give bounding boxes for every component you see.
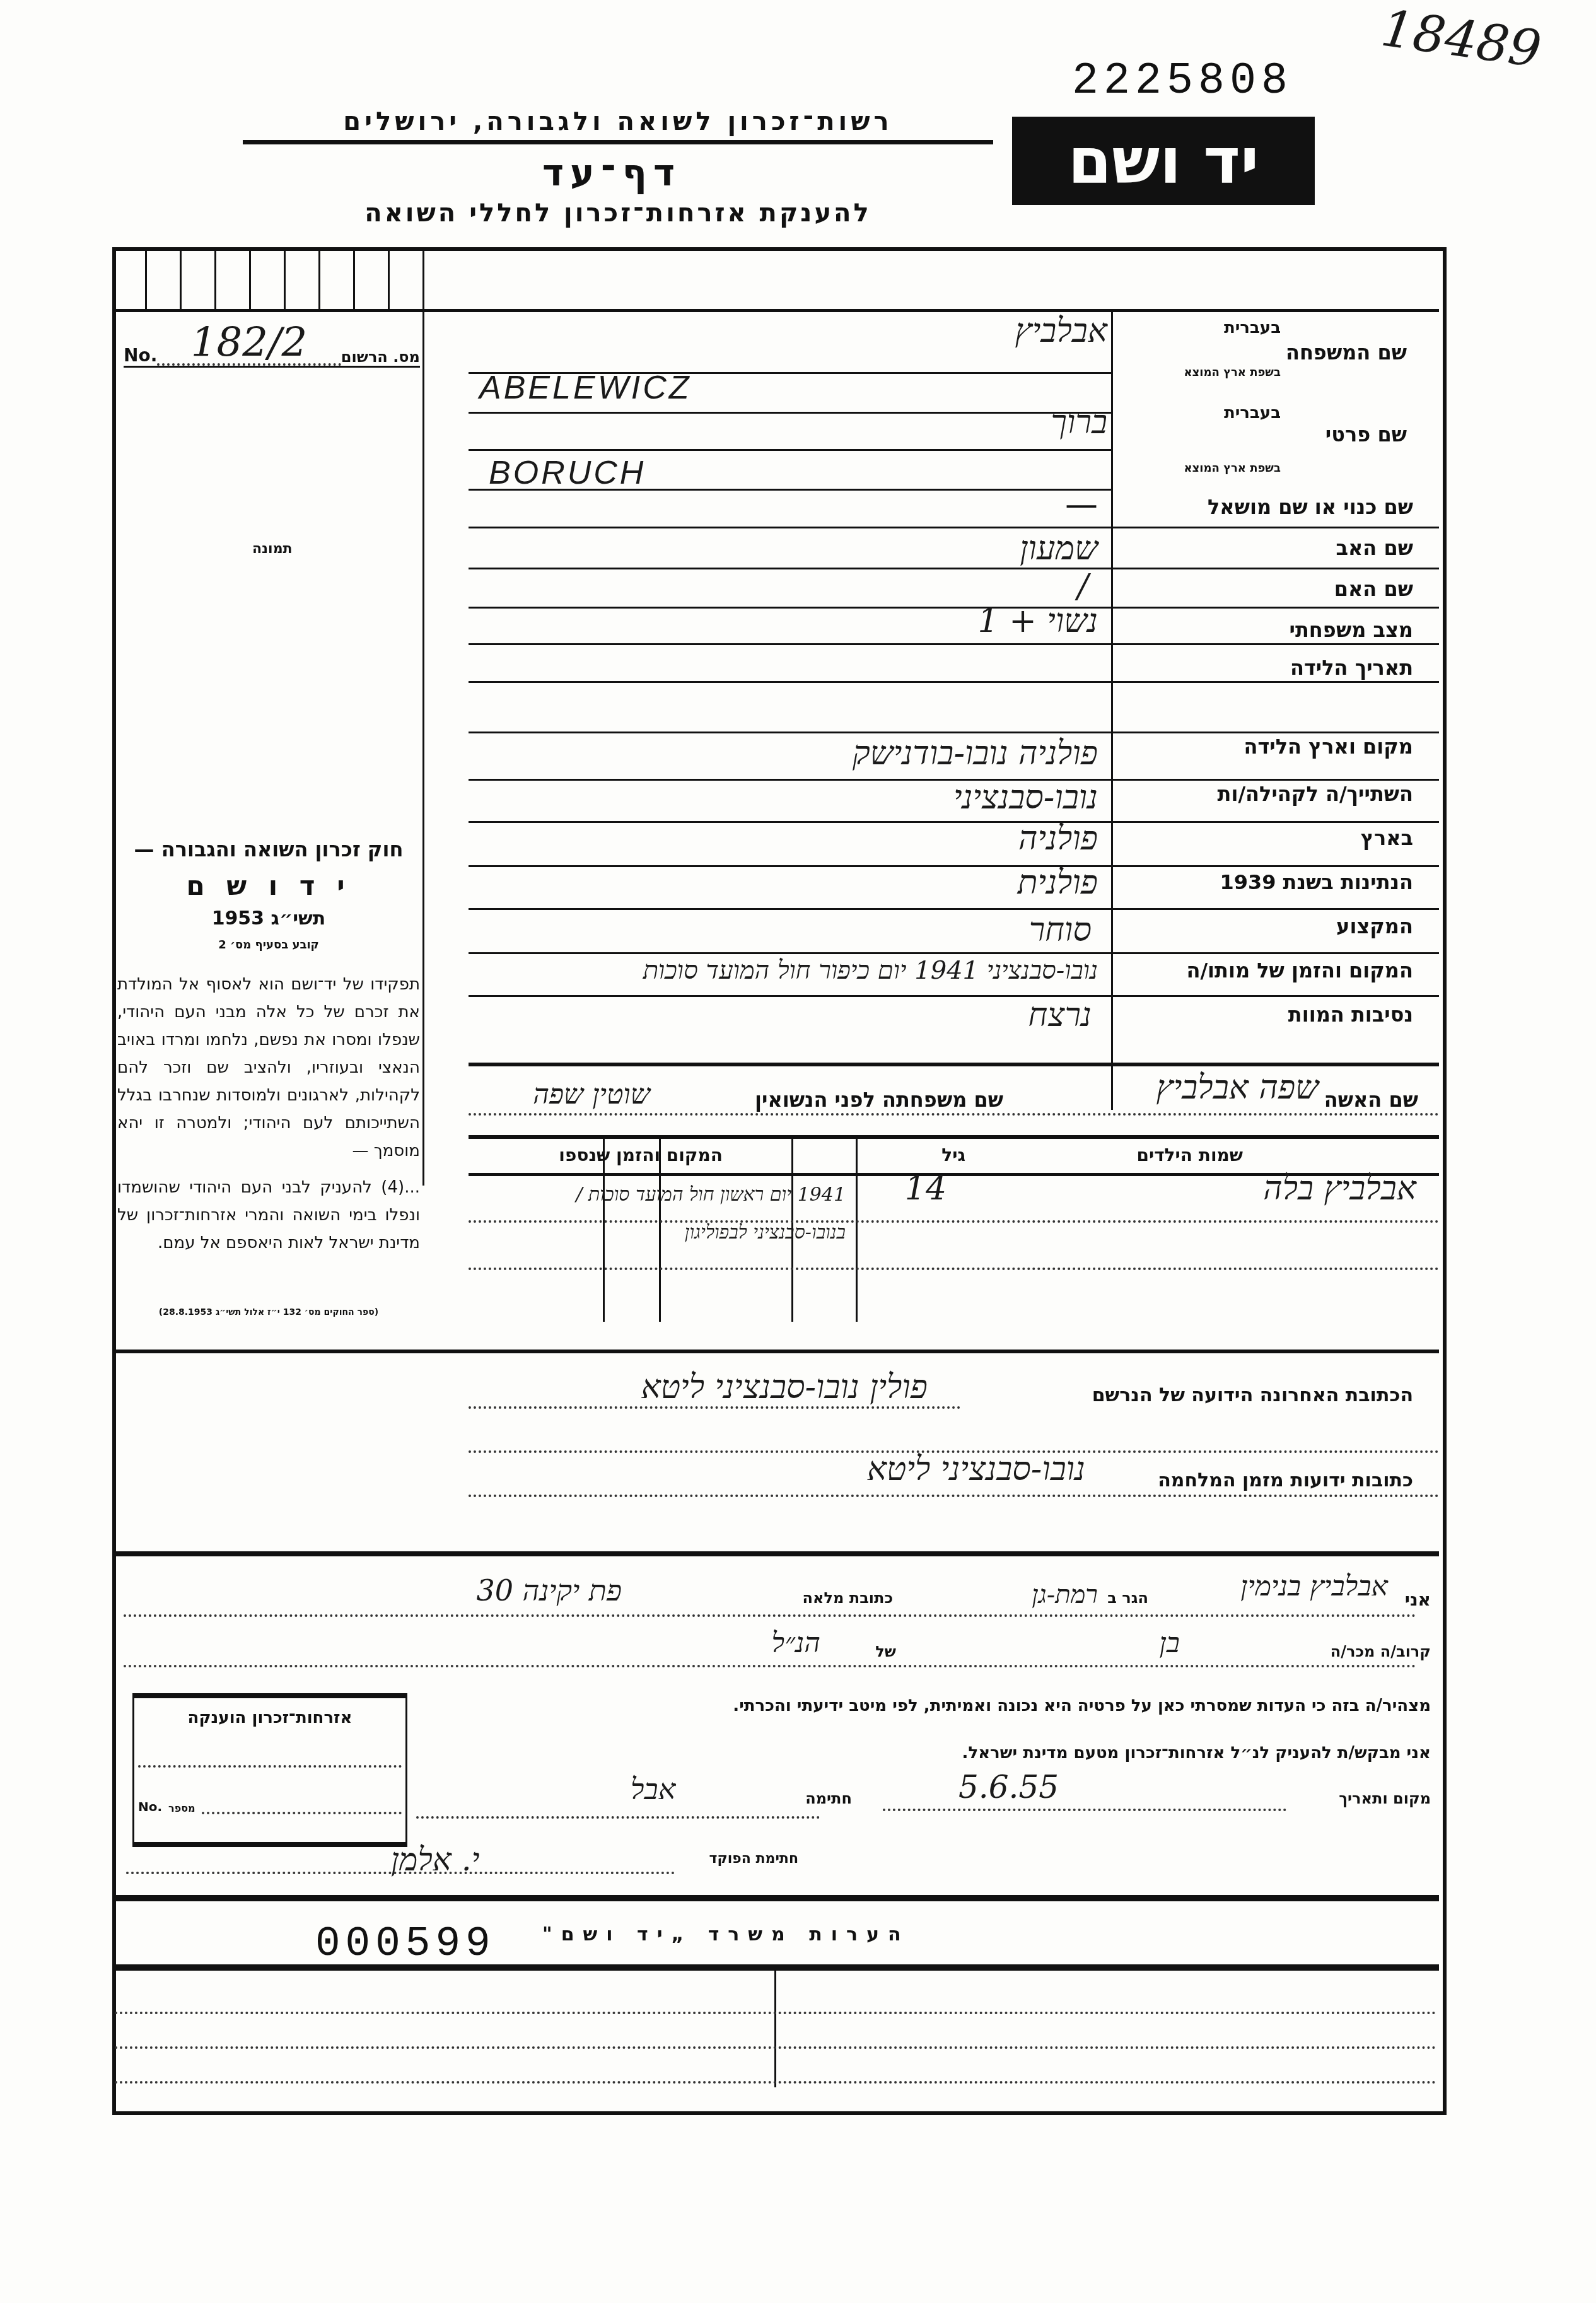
wartime-address-value[interactable]: נובו-סבנציני ליטא (867, 1450, 1085, 1488)
nickname-value[interactable]: — (1065, 486, 1098, 523)
place-date-label: מקום ותאריך (1339, 1790, 1431, 1807)
mother-name-label: שם האם (1334, 577, 1413, 601)
declarant-address-label: כתובת מלאה (803, 1589, 893, 1607)
death-place-time-value[interactable]: נובו-סבנציני 1941 יום כיפור חול המועד סו… (643, 955, 1098, 985)
relative-label: קרוב/ה מכר/ה (1331, 1643, 1431, 1660)
registration-value: 182/2 (157, 323, 341, 366)
marital-status-label: מצב משפחתי (1290, 618, 1413, 642)
of-value[interactable]: הנ״ל (772, 1627, 820, 1659)
last-address-value[interactable]: פולין נובו-סבנציני ליטא (641, 1368, 928, 1406)
law-paragraph-1: תפקידו של יד־ושם הוא לאסוף אל המולדת את … (117, 971, 420, 1165)
of-label: של (875, 1643, 896, 1660)
law-name: י ד ו ש ם (117, 870, 420, 901)
community-label: השתייך/ה לקהילה/ות (1218, 782, 1413, 806)
death-circumstances-label: נסיבות המוות (1288, 1003, 1413, 1027)
office-stamp-number: 000599 (315, 1920, 496, 1968)
citizenship-1939-label: הנתינות בשנת 1939 (1220, 870, 1413, 894)
spouse-value[interactable]: שפה אבלביץ (1156, 1069, 1319, 1107)
law-year: תשי״ג 1953 (117, 907, 420, 930)
family-name-local-value[interactable]: ABELEWICZ (479, 369, 692, 407)
form-title: דף־עד (441, 151, 782, 194)
declaration-text: מצהיר/ה בזה כי העדות שמסרתי כאן על פרטיה… (733, 1696, 1431, 1715)
law-title: חוק זכרון השואה והגבורה — (117, 837, 420, 861)
child-place-time[interactable]: 1941 יום ראשון חול המועד סוכות / בנובו-ס… (530, 1176, 846, 1252)
citizenship-1939-value[interactable]: פולנית (1018, 864, 1098, 902)
child-age[interactable]: 14 (905, 1170, 947, 1208)
children-place-time-header: המקום והזמן שנספו (559, 1145, 723, 1165)
declarant-name[interactable]: אבלביץ בנימין (1240, 1570, 1388, 1602)
photo-label: תמונה (252, 541, 293, 557)
remarks-line-2[interactable] (115, 2046, 1436, 2049)
declarant-resides-label: הגר ב (1107, 1589, 1148, 1607)
first-name-hebrew-sub: בעברית (1224, 404, 1281, 423)
declarant-i-label: אני (1405, 1589, 1431, 1610)
father-name-value[interactable]: שמעון (1020, 530, 1098, 568)
wartime-address-label: כתובות ידועות מזמן המלחמה (1158, 1469, 1413, 1491)
profession-label: המקצוע (1336, 914, 1413, 938)
family-name-local-sub: בשפת ארץ המוצא (1184, 366, 1281, 379)
request-text: אני מבקש/ת להעניק לנ״ל אזרחות־זכרון מטעם… (962, 1744, 1431, 1763)
office-remarks-label: הערות משרד „יד ושם" (542, 1923, 910, 1945)
registration-label-en: No. (124, 345, 157, 366)
law-paragraph-2: ...(4) להעניק לבני העם היהודי שהושמדו ונ… (117, 1174, 420, 1257)
place-date-value[interactable]: 5.6.55 (958, 1769, 1059, 1805)
declarant-city[interactable]: רמת-גן (1032, 1580, 1098, 1609)
birth-place-label: מקום וארץ הלידה (1244, 735, 1413, 759)
country-value[interactable]: פולניה (1018, 820, 1098, 858)
form-subtitle: להענקת אזרחות־זכרון לחללי השואה (303, 199, 933, 228)
authority-title: רשות־זכרון לשואה ולגבורה, ירושלים (243, 107, 993, 144)
nickname-label: שם כנוי או שם מושאל (1208, 495, 1413, 519)
mother-name-value[interactable]: / (1077, 568, 1088, 605)
citizenship-granted-box: אזרחות־זכרון הוענקה No. מספר (132, 1693, 407, 1847)
country-label: בארץ (1361, 826, 1413, 850)
profession-value[interactable]: סוחר (1029, 911, 1092, 949)
inspector-label: חתימת הפוקד (709, 1851, 799, 1867)
birth-place-value[interactable]: פולניה נובו-בודנישק (853, 735, 1098, 773)
first-name-hebrew-value[interactable]: ברוך (1051, 404, 1107, 441)
serial-number: 2225808 (1072, 57, 1293, 107)
registration-number: No. 182/2 מס. הרשום (124, 328, 420, 368)
remarks-line-3[interactable] (115, 2081, 1436, 2084)
family-name-hebrew-sub: בעברית (1224, 318, 1281, 337)
birth-date-label: תאריך הלידה (1290, 656, 1413, 680)
death-place-time-label: המקום והזמן של מותו/ה (1186, 959, 1413, 982)
spouse-maiden-label: שם משפחתה לפני הנשואין (755, 1088, 1003, 1112)
yad-vashem-logo: יד ושם (1012, 117, 1315, 205)
marital-status-value[interactable]: נשוי + 1 (978, 602, 1098, 640)
father-name-label: שם האב (1336, 536, 1413, 560)
law-section: קובע בסעיף מס׳ 2 (117, 938, 420, 952)
law-box: חוק זכרון השואה והגבורה — י ד ו ש ם תשי״… (117, 837, 420, 1317)
signature-value[interactable]: אבל (631, 1772, 675, 1806)
citizenship-box-title: אזרחות־זכרון הוענקה (134, 1708, 405, 1727)
children-age-header: גיל (941, 1145, 965, 1165)
relation-value[interactable]: בן (1160, 1627, 1180, 1659)
spouse-maiden-value[interactable]: שוטין שפה (533, 1078, 650, 1111)
logo-text: יד ושם (1068, 124, 1259, 198)
signature-label: חתימה (805, 1790, 852, 1807)
death-circumstances-value[interactable]: נרצח (1028, 996, 1092, 1034)
registration-label-he: מס. הרשום (341, 348, 420, 366)
family-name-label: שם המשפחה (1286, 341, 1407, 364)
child-name[interactable]: אבלביץ בלה (1263, 1170, 1416, 1208)
last-address-label: הכתובת האחרונה הידועה של הנרשם (1092, 1384, 1413, 1406)
community-value[interactable]: נובו-סבנציני (953, 779, 1098, 817)
corner-archive-number: 18489 (1378, 0, 1545, 79)
declarant-address[interactable]: פת יקינה 30 (476, 1573, 622, 1607)
law-citation: (ספר החוקים מס׳ 132 י״ז אלול תשי״ג 28.8.… (117, 1307, 420, 1317)
first-name-local-sub: בשפת ארץ המוצא (1184, 462, 1281, 475)
remarks-line-1[interactable] (115, 2012, 1436, 2014)
code-boxes (112, 247, 424, 309)
spouse-label: שם האשה (1324, 1088, 1418, 1112)
citizenship-number-field[interactable] (202, 1812, 402, 1814)
children-names-header: שמות הילדים (1136, 1145, 1243, 1165)
first-name-label: שם פרטי (1325, 423, 1407, 446)
family-name-hebrew-value[interactable]: אבלביץ (1015, 312, 1107, 350)
citizenship-no-he: מספר (168, 1802, 195, 1814)
citizenship-no-en: No. (138, 1799, 162, 1814)
first-name-local-value[interactable]: BORUCH (489, 454, 646, 492)
